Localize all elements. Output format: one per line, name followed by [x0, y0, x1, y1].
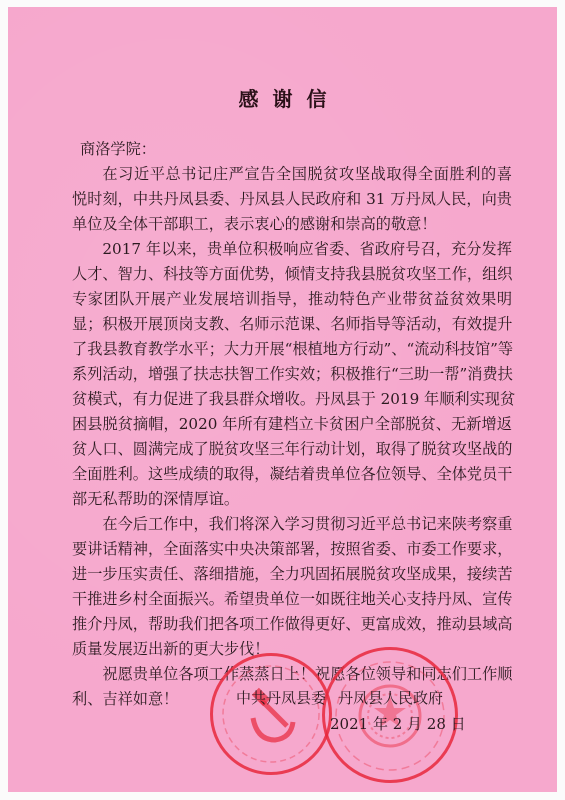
text-line: 2017 年以来，贵单位积极响应省委、省政府号召，充分发挥 — [72, 237, 512, 262]
text-line: 部无私帮助的深情厚谊。 — [72, 487, 512, 512]
text-line: 贫模式，有力促进了我县群众增收。丹凤县于 2019 年顺利实现贫 — [72, 387, 512, 412]
text-line: 干推进乡村全面振兴。希望贵单位一如既往地关心支持丹凤、宣传 — [72, 587, 512, 612]
text-line: 进一步压实责任、落细措施，全力巩固拓展脱贫攻坚成果，接续苦 — [72, 562, 512, 587]
text-line: 质量发展迈出新的更大步伐！ — [72, 637, 512, 662]
salutation: 商洛学院： — [72, 137, 512, 162]
text-line: 显；积极开展顶岗支教、名师示范课、名师指导等活动，有效提升 — [72, 312, 512, 337]
text-line: 专家团队开展产业发展培训指导，推动特色产业带贫益贫效果明 — [72, 287, 512, 312]
letter-page: 感谢信 商洛学院： 在习近平总书记庄严宣告全国脱贫攻坚战取得全面胜利的喜 悦时刻… — [8, 7, 557, 792]
text-line: 全面胜利。这些成绩的取得，凝结着贵单位各位领导、全体党员干 — [72, 462, 512, 487]
text-line: 祝愿贵单位各项工作蒸蒸日上！祝愿各位领导和同志们工作顺 — [72, 662, 512, 687]
text-line: 困县脱贫摘帽，2020 年所有建档立卡贫困户全部脱贫、无新增返 — [72, 412, 512, 437]
paragraph-3: 在今后工作中，我们将深入学习贯彻习近平总书记来陕考察重 要讲话精神，全面落实中央… — [72, 512, 512, 662]
signature-date: 2021 年 2 月 28 日 — [330, 713, 466, 734]
signature-org-party-committee: 中共丹凤县委 — [236, 687, 326, 708]
text-line: 要讲话精神，全面落实中央决策部署，按照省委、市委工作要求， — [72, 537, 512, 562]
text-line: 悦时刻，中共丹凤县委、丹凤县人民政府和 31 万丹凤人民，向贵 — [72, 187, 512, 212]
text-line: 在习近平总书记庄严宣告全国脱贫攻坚战取得全面胜利的喜 — [72, 162, 512, 187]
paragraph-1: 在习近平总书记庄严宣告全国脱贫攻坚战取得全面胜利的喜 悦时刻，中共丹凤县委、丹凤… — [72, 162, 512, 237]
text-line: 在今后工作中，我们将深入学习贯彻习近平总书记来陕考察重 — [72, 512, 512, 537]
text-line: 系列活动，增强了扶志扶智工作实效；积极推行“三助一帮”消费扶 — [72, 362, 512, 387]
paragraph-2: 2017 年以来，贵单位积极响应省委、省政府号召，充分发挥 人才、智力、科技等方… — [72, 237, 512, 512]
text-line: 贫人口、圆满完成了脱贫攻坚三年行动计划，取得了脱贫攻坚战的 — [72, 437, 512, 462]
text-line: 单位及全体干部职工，表示衷心的感谢和崇高的敬意！ — [72, 212, 512, 237]
letter-body: 商洛学院： 在习近平总书记庄严宣告全国脱贫攻坚战取得全面胜利的喜 悦时刻，中共丹… — [72, 137, 512, 712]
text-line: 人才、智力、科技等方面优势，倾情支持我县脱贫攻坚工作，组织 — [72, 262, 512, 287]
text-line: 推介丹凤，帮助我们把各项工作做得更好、更富成效，推动县域高 — [72, 612, 512, 637]
signature-org-government: 丹凤县人民政府 — [338, 687, 443, 708]
letter-title: 感谢信 — [8, 83, 557, 112]
text-line: 了我县教育教学水平；大力开展“根植地方行动”、“流动科技馆”等 — [72, 337, 512, 362]
